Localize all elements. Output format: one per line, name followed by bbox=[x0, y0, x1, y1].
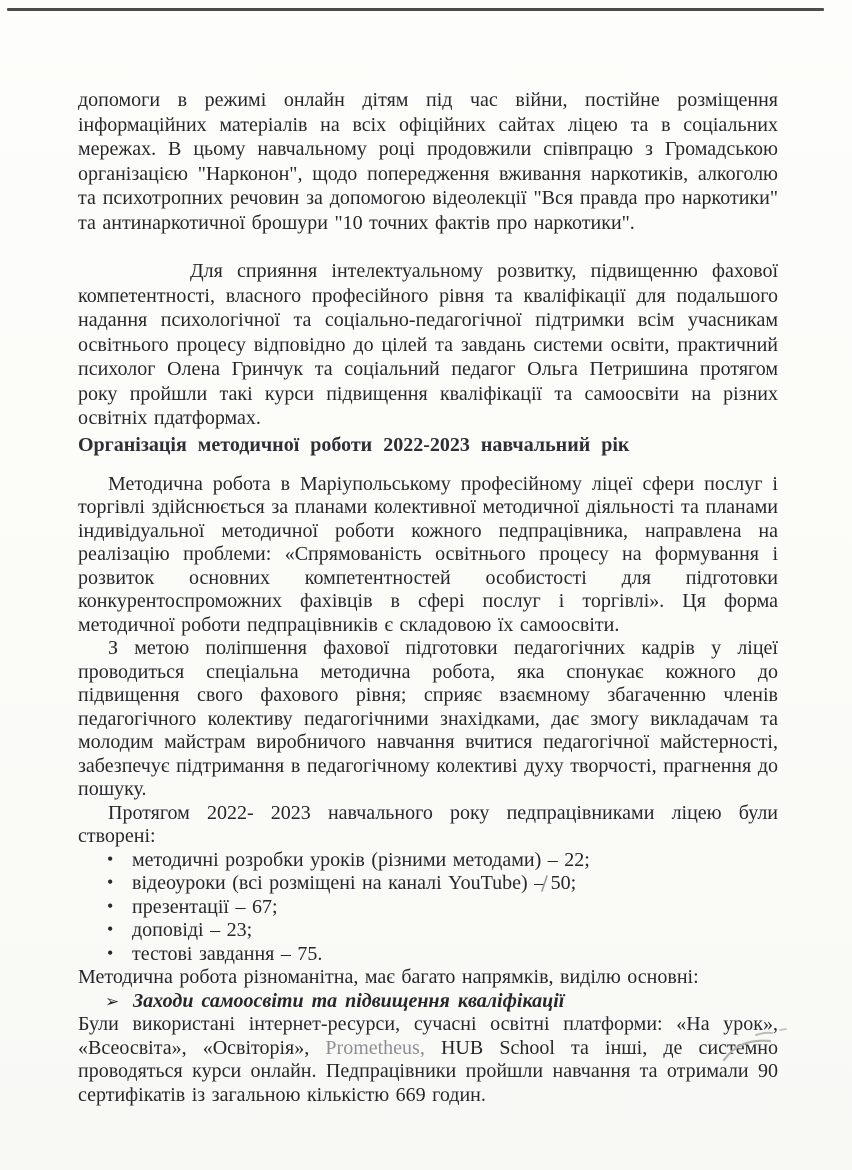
list-item: • презентації – 67; bbox=[78, 896, 778, 920]
section-heading-methodical-work: Організація методичної роботи 2022-2023 … bbox=[78, 433, 778, 457]
list-item: • відеоуроки (всі розміщені на каналі Yo… bbox=[78, 872, 778, 896]
list-item: • доповіді – 23; bbox=[78, 919, 778, 943]
platforms-text-prometheus: Prometheus, bbox=[325, 1037, 424, 1059]
created-materials-list: • методичні розробки уроків (різними мет… bbox=[78, 849, 778, 967]
paragraph-directions-intro: Методична робота різноманітна, має багат… bbox=[78, 966, 778, 990]
list-item-text: презентації – 67; bbox=[132, 896, 278, 918]
bullet-icon: • bbox=[107, 848, 113, 872]
paragraph-methodical-work-plans: Методична робота в Маріупольському профе… bbox=[78, 473, 778, 638]
arrow-bullet-icon: ➢ bbox=[105, 990, 119, 1014]
direction-title: Заходи самоосвіти та підвищення кваліфік… bbox=[133, 990, 564, 1012]
list-item: • методичні розробки уроків (різними мет… bbox=[78, 849, 778, 873]
bullet-icon: • bbox=[107, 871, 113, 895]
bullet-icon: • bbox=[107, 895, 113, 919]
paragraph-created-during-year: Протягом 2022- 2023 навчального року пед… bbox=[78, 802, 778, 849]
list-item-text: доповіді – 23; bbox=[132, 919, 252, 941]
paragraph-online-help: допомоги в режимі онлайн дітям під час в… bbox=[78, 88, 778, 235]
list-item-text: відеоуроки (всі розміщені на каналі YouT… bbox=[132, 872, 576, 894]
paragraph-psychologist-training: Для сприяння інтелектуальному розвитку, … bbox=[78, 259, 778, 431]
bullet-icon: • bbox=[107, 918, 113, 942]
document-body: допомоги в режимі онлайн дітям під час в… bbox=[78, 88, 778, 1107]
pencil-mark bbox=[718, 1022, 798, 1068]
pen-tick-mark bbox=[536, 872, 552, 896]
self-education-direction-item: ➢ Заходи самоосвіти та підвищення кваліф… bbox=[78, 990, 778, 1014]
paragraph-online-platforms: Були використані інтернет-ресурси, сучас… bbox=[78, 1013, 778, 1107]
list-item-text: методичні розробки уроків (різними метод… bbox=[132, 849, 590, 871]
list-item-text: тестові завдання – 75. bbox=[132, 943, 322, 965]
scan-edge-line bbox=[7, 8, 824, 11]
bullet-icon: • bbox=[107, 942, 113, 966]
paragraph-special-methodical-work: З метою поліпшення фахової підготовки пе… bbox=[78, 637, 778, 802]
scanned-page: допомоги в режимі онлайн дітям під час в… bbox=[0, 0, 852, 1170]
list-item: • тестові завдання – 75. bbox=[78, 943, 778, 967]
